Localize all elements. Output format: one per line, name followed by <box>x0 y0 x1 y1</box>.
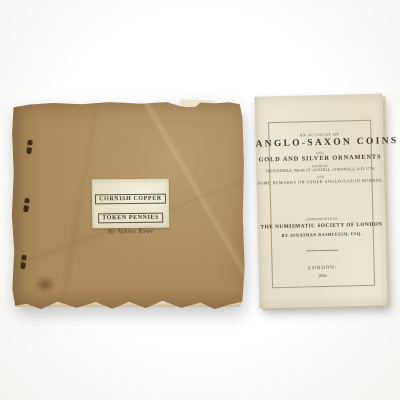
label-title-line-1: CORNISH COPPER <box>95 194 166 205</box>
book-cover: CORNISH COPPER TOKEN PENNIES By Ashley R… <box>10 100 248 310</box>
stain-mark <box>34 276 56 293</box>
label-byline: By Ashley Rowe <box>92 228 169 236</box>
title-label: CORNISH COPPER TOKEN PENNIES By Ashley R… <box>92 179 170 229</box>
label-title-line-2: TOKEN PENNIES <box>98 213 163 224</box>
photo-backdrop: CORNISH COPPER TOKEN PENNIES By Ashley R… <box>0 0 400 400</box>
kraft-bound-book: CORNISH COPPER TOKEN PENNIES By Ashley R… <box>10 100 248 310</box>
pamphlet-cover: AN ACCOUNT OF ANGLO-SAXON COINS AND GOLD… <box>254 93 387 308</box>
